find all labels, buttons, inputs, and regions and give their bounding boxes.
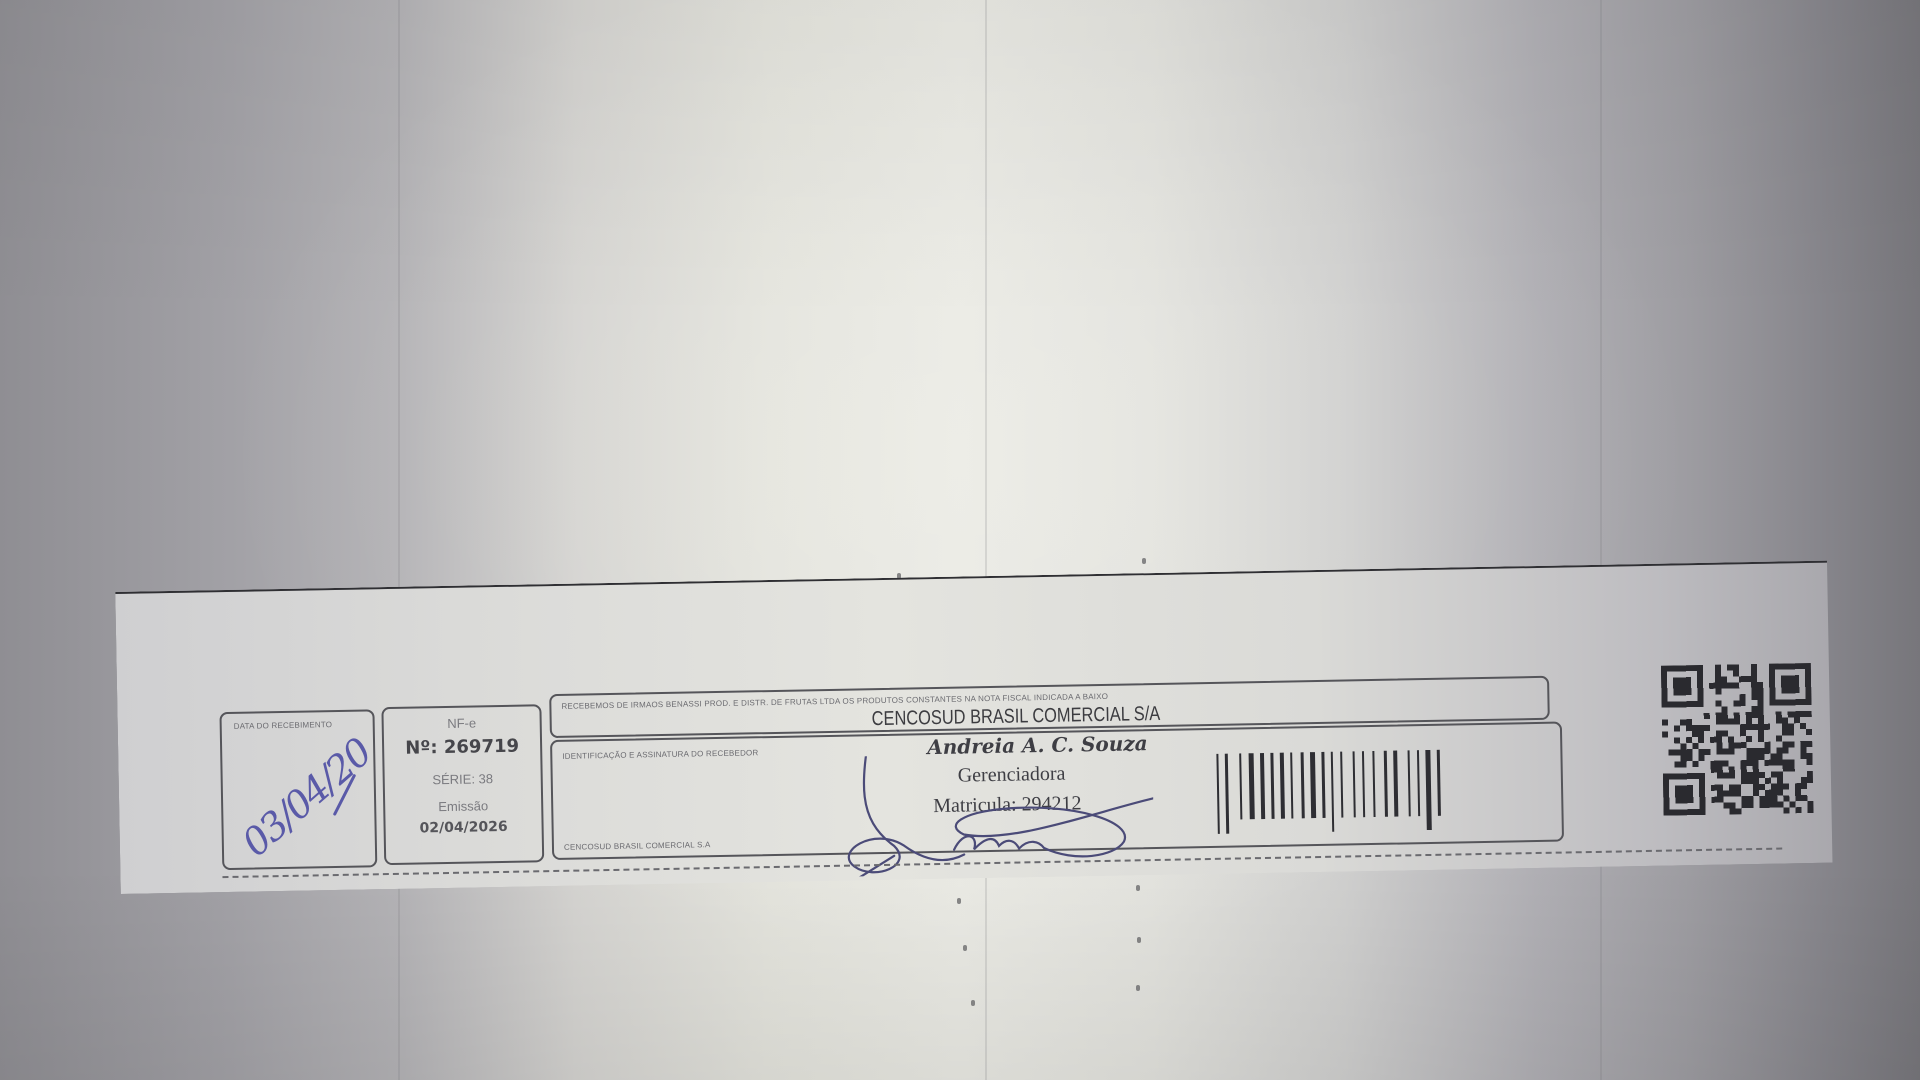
date-received-label: DATA DO RECEBIMENTO: [234, 720, 333, 731]
paper-speck: [957, 898, 961, 904]
signature-icon: [832, 751, 1154, 877]
identification-label: IDENTIFICAÇÃO E ASSINATURA DO RECEBEDOR: [562, 748, 758, 761]
paper-speck: [963, 945, 967, 951]
nfe-box: NF-e Nº: 269719 SÉRIE: 38 Emissão 02/04/…: [381, 704, 544, 865]
paper-speck: [1136, 885, 1140, 891]
paper-fold-line: [985, 0, 987, 1080]
nfe-emissao-label: Emissão: [385, 797, 541, 815]
lighting-vignette: [0, 0, 1920, 1080]
date-received-handwritten: 03/04/20: [234, 730, 380, 865]
paper-fold-line: [1600, 0, 1602, 1080]
date-received-box: DATA DO RECEBIMENTO 03/04/20: [219, 709, 377, 870]
nfe-number: Nº: 269719: [384, 735, 540, 759]
barcode-icon: [1212, 742, 1544, 836]
company-footer: CENCOSUD BRASIL COMERCIAL S.A: [564, 840, 711, 852]
nfe-emissao-date: 02/04/2026: [385, 818, 541, 837]
nfe-serie: SÉRIE: 38: [385, 770, 541, 788]
paper-speck: [971, 1000, 975, 1006]
recipient-signature-box: IDENTIFICAÇÃO E ASSINATURA DO RECEBEDOR …: [550, 722, 1564, 861]
stamp-company: CENCOSUD BRASIL COMERCIAL S/A: [871, 703, 1160, 731]
canhoto: DATA DO RECEBIMENTO 03/04/20 NF-e Nº: 26…: [219, 676, 1552, 860]
paper-speck: [1137, 937, 1141, 943]
qr-code-icon: [1661, 663, 1814, 816]
paper-fold-line: [398, 0, 400, 1080]
paper-speck: [1136, 985, 1140, 991]
paper-speck: [1142, 558, 1146, 564]
receipt-slip: DATA DO RECEBIMENTO 03/04/20 NF-e Nº: 26…: [115, 561, 1832, 894]
nfe-title: NF-e: [384, 714, 540, 732]
